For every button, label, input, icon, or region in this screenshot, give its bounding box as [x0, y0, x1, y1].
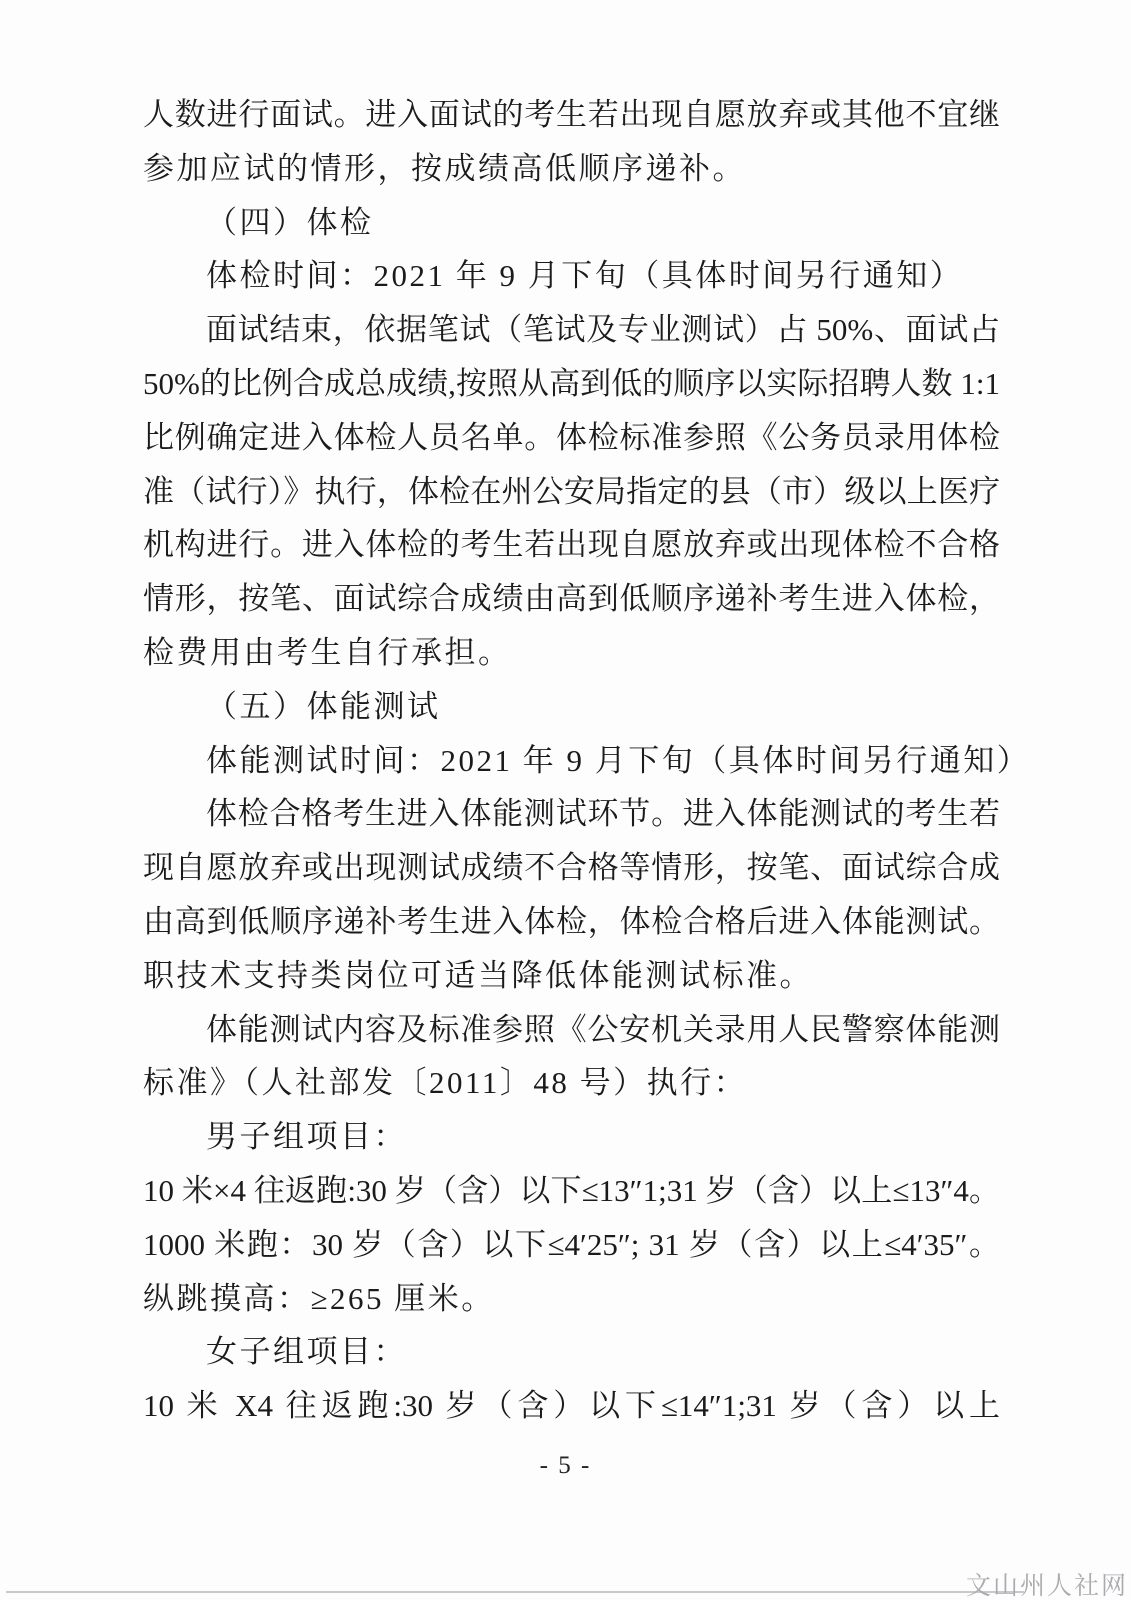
text-line: 比例确定进入体检人员名单。体检标准参照《公务员录用体检标	[143, 411, 1000, 465]
text-line: 准（试行）》执行，体检在州公安局指定的县（市）级以上医疗	[143, 465, 1000, 519]
text-line: 纵跳摸高：≥265 厘米。	[143, 1272, 1000, 1326]
document-body: 人数进行面试。进入面试的考生若出现自愿放弃或其他不宜继续 参加应试的情形，按成绩…	[143, 88, 1000, 1433]
text-line: 人数进行面试。进入面试的考生若出现自愿放弃或其他不宜继续	[143, 88, 1000, 142]
text-line: 女子组项目：	[143, 1325, 1000, 1379]
page-number: - 5 -	[0, 1452, 1131, 1480]
text-line: 标准》（人社部发〔2011〕48 号）执行：	[143, 1056, 1000, 1110]
text-line: 1000 米跑：30 岁（含）以下≤4′25″; 31 岁（含）以上≤4′35″…	[143, 1218, 1000, 1272]
document-page: 人数进行面试。进入面试的考生若出现自愿放弃或其他不宜继续 参加应试的情形，按成绩…	[0, 0, 1131, 1600]
text-line: 检费用由考生自行承担。	[143, 626, 1000, 680]
text-line: 10 米×4 往返跑:30 岁（含）以下≤13″1;31 岁（含）以上≤13″4…	[143, 1164, 1000, 1218]
section-heading: （四）体检	[143, 196, 1000, 250]
footer-divider	[6, 1591, 1024, 1593]
text-line: 体检时间：2021 年 9 月下旬（具体时间另行通知）	[143, 249, 1000, 303]
text-line: 情形，按笔、面试综合成绩由高到低顺序递补考生进入体检，体	[143, 572, 1000, 626]
watermark-site-name: 文山州人社网	[966, 1566, 1128, 1600]
text-line: 男子组项目：	[143, 1110, 1000, 1164]
section-heading: （五）体能测试	[143, 680, 1000, 734]
text-line: 50%的比例合成总成绩,按照从高到低的顺序以实际招聘人数 1:1	[143, 357, 1000, 411]
text-line: 体能测试内容及标准参照《公安机关录用人民警察体能测评	[143, 1003, 1000, 1057]
text-line: 体能测试时间：2021 年 9 月下旬（具体时间另行通知）	[143, 734, 1000, 788]
text-line: 由高到低顺序递补考生进入体检，体检合格后进入体能测试。文	[143, 895, 1000, 949]
text-line: 参加应试的情形，按成绩高低顺序递补。	[143, 142, 1000, 196]
text-line: 职技术支持类岗位可适当降低体能测试标准。	[143, 949, 1000, 1003]
text-line: 体检合格考生进入体能测试环节。进入体能测试的考生若出	[143, 787, 1000, 841]
text-line: 机构进行。进入体检的考生若出现自愿放弃或出现体检不合格等	[143, 518, 1000, 572]
text-line: 现自愿放弃或出现测试成绩不合格等情形，按笔、面试综合成绩	[143, 841, 1000, 895]
text-line: 10 米 X4 往返跑:30 岁（含）以下≤14″1;31 岁（含）以上≤14″…	[143, 1379, 1000, 1433]
text-line: 面试结束，依据笔试（笔试及专业测试）占 50%、面试占	[143, 303, 1000, 357]
